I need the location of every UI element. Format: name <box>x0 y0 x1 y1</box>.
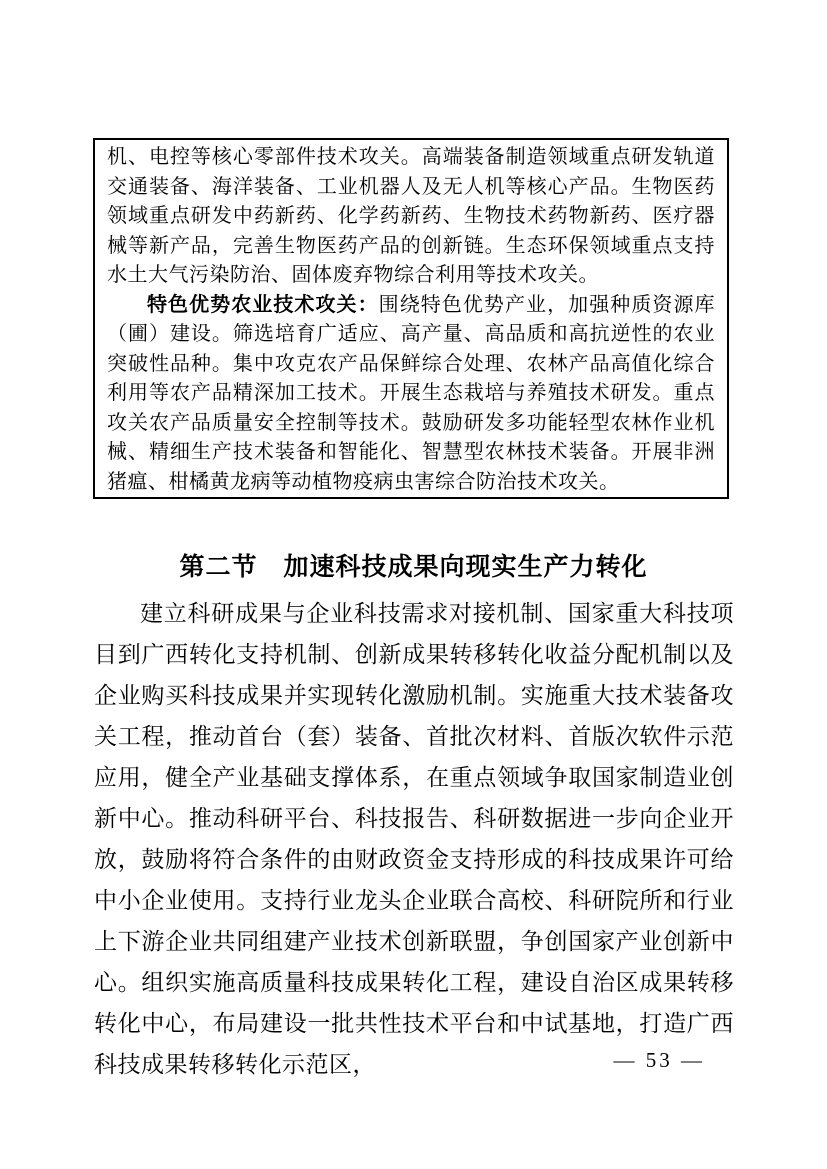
box-paragraph-agriculture-label: 特色优势农业技术攻关： <box>147 294 379 316</box>
body-paragraph: 建立科研成果与企业科技需求对接机制、国家重大科技项目到广西转化支持机制、创新成果… <box>94 593 734 1085</box>
box-paragraph-continuation: 机、电控等核心零部件技术攻关。高端装备制造领域重点研发轨道交通装备、海洋装备、工… <box>107 143 715 291</box>
document-page: 机、电控等核心零部件技术攻关。高端装备制造领域重点研发轨道交通装备、海洋装备、工… <box>0 0 827 1169</box>
section-heading: 第二节 加速科技成果向现实生产力转化 <box>0 547 827 583</box>
box-paragraph-agriculture: 特色优势农业技术攻关：围绕特色优势产业，加强种质资源库（圃）建设。筛选培育广适应… <box>107 291 715 498</box>
key-tasks-box: 机、电控等核心零部件技术攻关。高端装备制造领域重点研发轨道交通装备、海洋装备、工… <box>93 138 729 499</box>
box-paragraph-agriculture-text: 围绕特色优势产业，加强种质资源库（圃）建设。筛选培育广适应、高产量、高品质和高抗… <box>107 294 715 493</box>
page-number: — 53 — <box>614 1048 706 1073</box>
